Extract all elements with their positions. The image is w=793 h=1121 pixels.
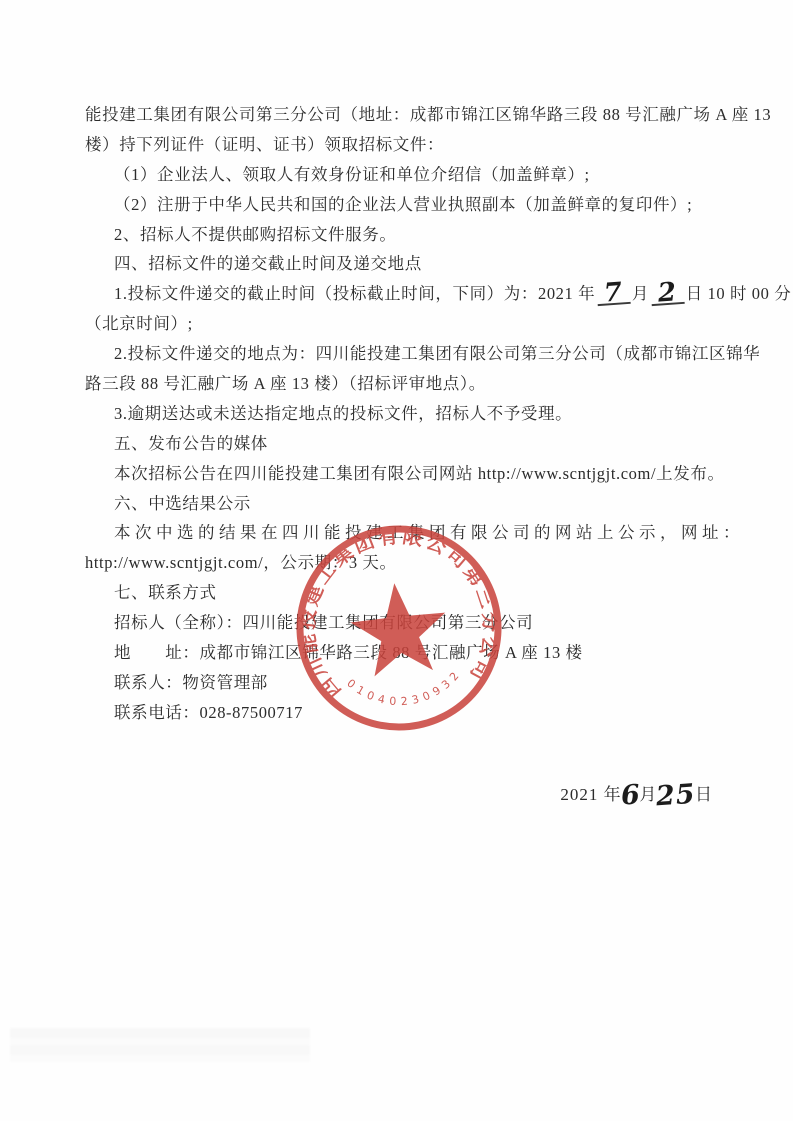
document-date: 2021 年6月25日 [560,780,713,806]
text-segment: 2021 年 [560,785,621,804]
text-line: 路三段 88 号汇融广场 A 座 13 楼）（招标评审地点）。 [85,369,715,399]
text-line: 楼）持下列证件（证明、证书）领取招标文件： [85,130,715,160]
text-line: 1.投标文件递交的截止时间（投标截止时间，下同）为：2021 年7月2日 10 … [85,279,715,309]
text-line: 能投建工集团有限公司第三分公司（地址：成都市锦江区锦华路三段 88 号汇融广场 … [85,100,715,130]
text-line: 本次招标公告在四川能投建工集团有限公司网站 http://www.scntjgj… [85,459,715,489]
text-segment: 联系电话：028-87500717 [114,703,303,722]
text-segment: 联系人：物资管理部 [114,673,268,692]
text-segment: http://www.scntjgjt.com/，公示期：3 天。 [85,553,397,572]
text-line: 招标人（全称）：四川能投建工集团有限公司第三分公司 [85,608,715,638]
text-segment: 日 10 时 00 分 [686,284,792,303]
text-segment: 四、招标文件的递交截止时间及递交地点 [114,254,422,273]
text-line: 六、中选结果公示 [85,489,715,519]
text-segment: 日 [695,785,713,804]
text-line: （1）企业法人、领取人有效身份证和单位介绍信（加盖鲜章）; [85,160,715,190]
text-line: （北京时间）; [85,309,715,339]
text-segment: 能投建工集团有限公司第三分公司（地址：成都市锦江区锦华路三段 88 号汇融广场 … [85,105,771,124]
text-segment: 七、联系方式 [114,583,217,602]
text-segment: 3.逾期送达或未送达指定地点的投标文件，招标人不予受理。 [114,404,572,423]
handwritten-text: 7 [596,282,630,306]
text-segment: 地 址：成都市锦江区锦华路三段 88 号汇融广场 A 座 13 楼 [114,643,583,662]
text-segment: 五、发布公告的媒体 [114,434,268,453]
scanned-document-page: 能投建工集团有限公司第三分公司（地址：成都市锦江区锦华路三段 88 号汇融广场 … [0,0,793,1121]
document-body: 能投建工集团有限公司第三分公司（地址：成都市锦江区锦华路三段 88 号汇融广场 … [85,100,715,728]
text-line: 本次中选的结果在四川能投建工集团有限公司的网站上公示，网址： [85,518,715,548]
text-segment: （2）注册于中华人民共和国的企业法人营业执照副本（加盖鲜章的复印件）; [114,195,692,214]
text-line: （2）注册于中华人民共和国的企业法人营业执照副本（加盖鲜章的复印件）; [85,190,715,220]
text-segment: 楼）持下列证件（证明、证书）领取招标文件： [85,135,444,154]
text-line: 四、招标文件的递交截止时间及递交地点 [85,249,715,279]
text-segment: 本次招标公告在四川能投建工集团有限公司网站 http://www.scntjgj… [114,464,725,483]
scan-artifact [10,1028,310,1062]
text-line: 联系人：物资管理部 [85,668,715,698]
handwritten-text: 6 [619,785,642,806]
text-line: 五、发布公告的媒体 [85,429,715,459]
text-segment: （北京时间）; [85,314,193,333]
text-line: 2、招标人不提供邮购招标文件服务。 [85,220,715,250]
text-segment: 2.投标文件递交的地点为：四川能投建工集团有限公司第三分公司（成都市锦江区锦华 [114,344,760,363]
text-line: http://www.scntjgjt.com/，公示期：3 天。 [85,548,715,578]
text-segment: 六、中选结果公示 [114,494,251,513]
text-line: 联系电话：028-87500717 [85,698,715,728]
text-line: 七、联系方式 [85,578,715,608]
text-segment: （1）企业法人、领取人有效身份证和单位介绍信（加盖鲜章）; [114,165,590,184]
text-segment: 2、招标人不提供邮购招标文件服务。 [114,225,396,244]
handwritten-text: 2 [650,282,684,306]
text-segment: 招标人（全称）：四川能投建工集团有限公司第三分公司 [114,613,533,632]
text-line: 3.逾期送达或未送达指定地点的投标文件，招标人不予受理。 [85,399,715,429]
text-segment: 月 [632,284,649,303]
text-segment: 本次中选的结果在四川能投建工集团有限公司的网站上公示，网址： [114,523,744,542]
text-segment: 1.投标文件递交的截止时间（投标截止时间，下同）为：2021 年 [114,284,595,303]
handwritten-text: 25 [655,785,698,808]
text-line: 2.投标文件递交的地点为：四川能投建工集团有限公司第三分公司（成都市锦江区锦华 [85,339,715,369]
text-segment: 路三段 88 号汇融广场 A 座 13 楼）（招标评审地点）。 [85,374,486,393]
text-line: 地 址：成都市锦江区锦华路三段 88 号汇融广场 A 座 13 楼 [85,638,715,668]
